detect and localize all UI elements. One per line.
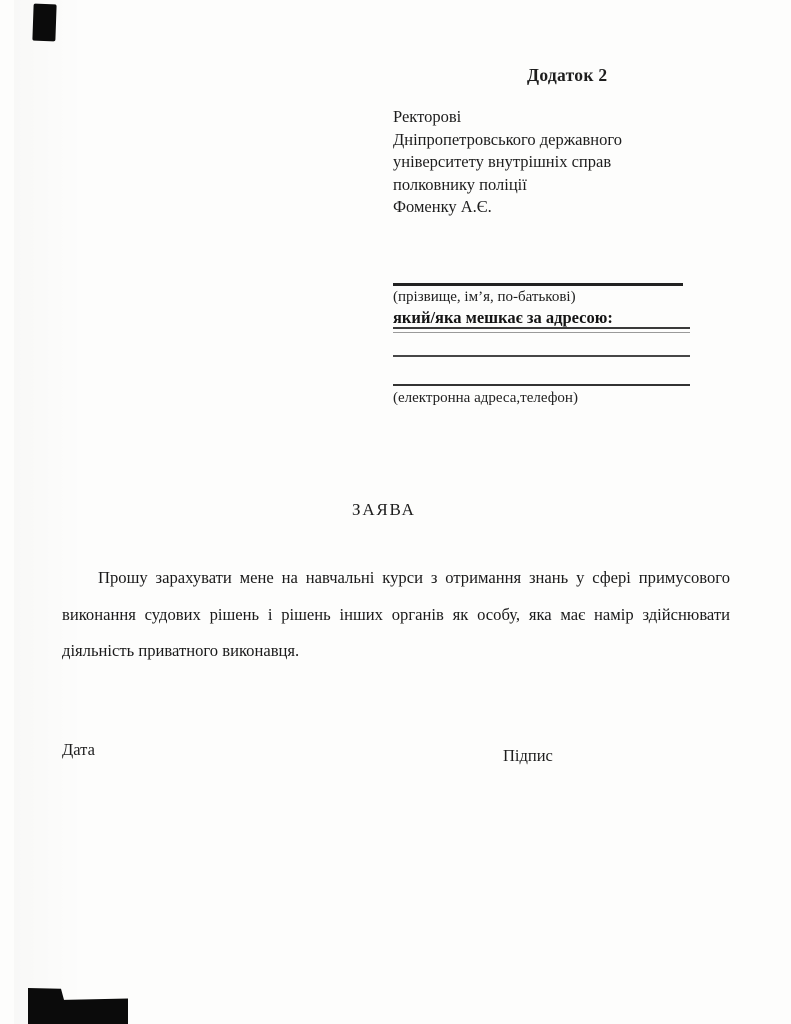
- scanned-document-page: Додаток 2 Ректорові Дніпропетровського д…: [0, 0, 791, 1024]
- name-fill-line: [393, 283, 683, 286]
- application-body-paragraph: Прошу зарахувати мене на навчальні курси…: [62, 560, 730, 670]
- addressee-line: полковнику поліції: [393, 174, 693, 197]
- address-fill-line-1: [393, 327, 690, 329]
- address-fill-line-2: [393, 355, 690, 357]
- address-label: який/яка мешкає за адресою:: [393, 308, 613, 328]
- scan-artifact-bottom-left: [28, 988, 128, 1024]
- appendix-label: Додаток 2: [527, 65, 607, 86]
- signature-label: Підпис: [503, 746, 553, 766]
- addressee-line: Ректорові: [393, 106, 693, 129]
- addressee-line: Дніпропетровського державного: [393, 129, 693, 152]
- contact-fill-line: [393, 384, 690, 386]
- addressee-line: університету внутрішніх справ: [393, 151, 693, 174]
- scan-artifact-top-left: [32, 4, 56, 42]
- date-label: Дата: [62, 740, 95, 760]
- address-fill-line-1-echo: [393, 332, 690, 333]
- name-caption: (прізвище, ім’я, по-батькові): [393, 289, 576, 306]
- contact-caption: (електронна адреса,телефон): [393, 390, 578, 407]
- addressee-line: Фоменку А.Є.: [393, 196, 693, 219]
- document-title: ЗАЯВА: [352, 500, 416, 520]
- addressee-block: Ректорові Дніпропетровського державного …: [393, 106, 693, 219]
